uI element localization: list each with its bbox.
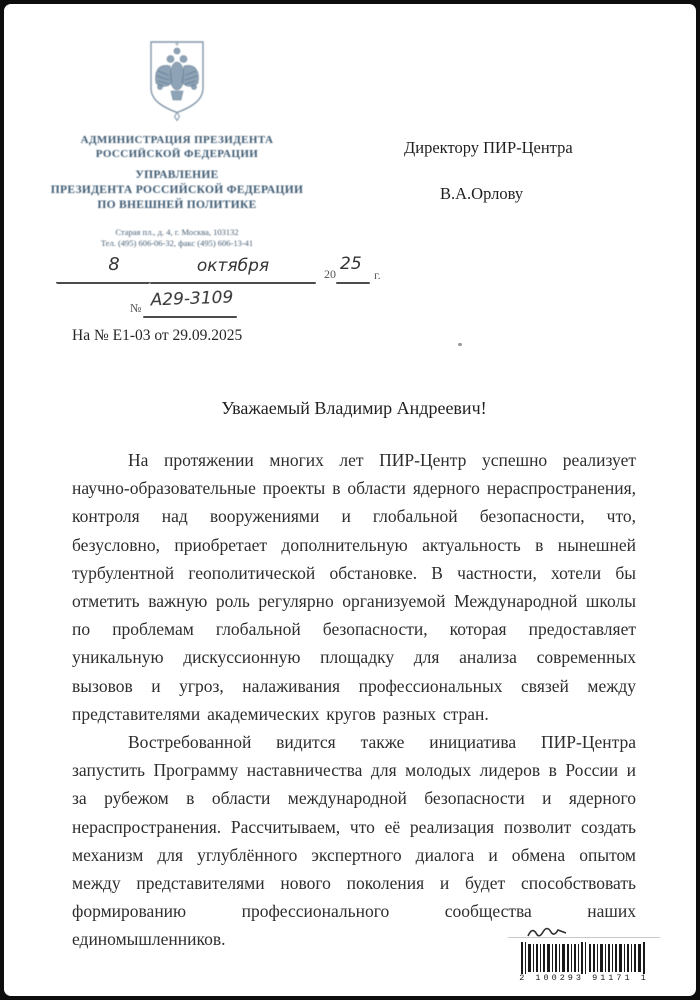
date-year-prefix: 20 [324,267,336,282]
date-month-handwritten: октября [152,256,314,276]
org-line-1: АДМИНИСТРАЦИЯ ПРЕЗИДЕНТА [34,134,320,148]
date-year-handwritten: 25 [340,254,362,274]
number-sign: № [130,301,141,316]
coat-of-arms-icon [144,38,210,130]
letter-body: На протяжении многих лет ПИР-Центр успеш… [72,446,636,954]
reference-line: На № Е1-03 от 29.09.2025 [72,327,242,345]
dept-line-1: УПРАВЛЕНИЕ [34,168,320,183]
date-year-suffix: г. [374,268,381,283]
date-day-handwritten: 8 [84,254,144,275]
letterhead-address: Старая пл., д. 4, г. Москва, 103132 Тел.… [34,227,320,249]
address-line-1: Старая пл., д. 4, г. Москва, 103132 [34,227,320,238]
letterhead-department: УПРАВЛЕНИЕ ПРЕЗИДЕНТА РОССИЙСКОЙ ФЕДЕРАЦ… [34,168,320,213]
addressee-title: Директору ПИР-Центра [404,138,573,158]
scan-frame: АДМИНИСТРАЦИЯ ПРЕЗИДЕНТА РОССИЙСКОЙ ФЕДЕ… [0,0,700,1000]
salutation: Уважаемый Владимир Андреевич! [72,398,636,419]
outgoing-number-handwritten: А29-3109 [144,287,241,310]
registration-mark-squiggle [525,924,569,941]
letterhead-organization: АДМИНИСТРАЦИЯ ПРЕЗИДЕНТА РОССИЙСКОЙ ФЕДЕ… [34,134,320,161]
date-day-underline [56,282,150,284]
letter-page: АДМИНИСТРАЦИЯ ПРЕЗИДЕНТА РОССИЙСКОЙ ФЕДЕ… [4,4,696,996]
body-paragraph-1: На протяжении многих лет ПИР-Центр успеш… [72,446,636,728]
body-paragraph-2: Востребованной видится также инициатива … [72,728,636,954]
dept-line-3: ПО ВНЕШНЕЙ ПОЛИТИКЕ [34,198,320,213]
address-line-2: Тел. (495) 606-06-32, факс (495) 606-13-… [34,238,320,249]
outgoing-number-underline [143,316,237,318]
addressee-name: В.А.Орлову [440,184,523,204]
date-month-underline [150,282,316,284]
date-year-underline [336,282,370,284]
barcode [521,942,647,974]
barcode-digits: 2 100293 91171 1 [516,973,652,983]
scan-artifact-speck [458,343,462,346]
dept-line-2: ПРЕЗИДЕНТА РОССИЙСКОЙ ФЕДЕРАЦИИ [34,183,320,198]
org-line-2: РОССИЙСКОЙ ФЕДЕРАЦИИ [34,148,320,162]
